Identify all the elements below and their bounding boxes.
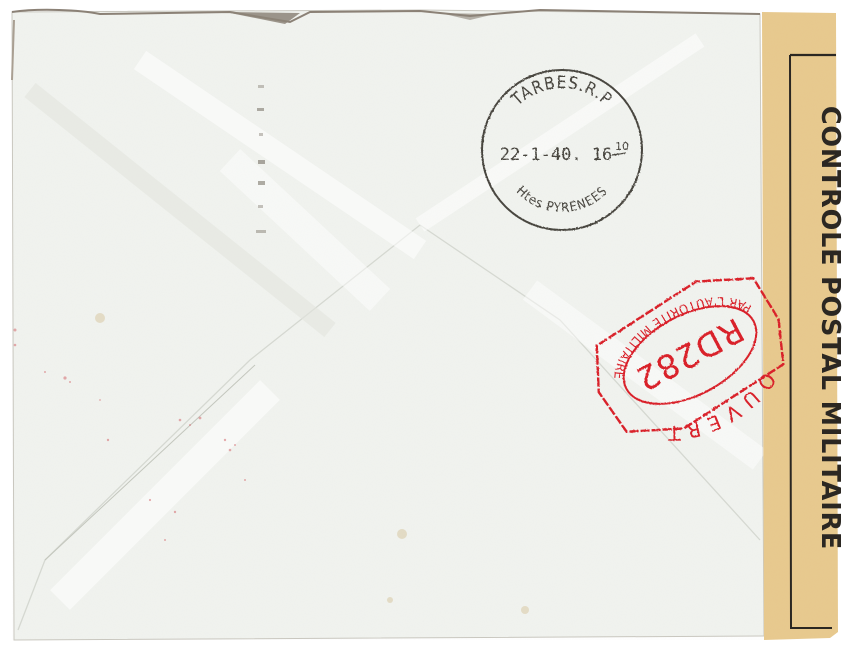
postmark-date: 22-1-40. 16 xyxy=(500,145,613,165)
postmark-time-suffix: 10 xyxy=(615,140,629,153)
envelope-scan: TARBES.R.P 22-1-40. 16 10 Htes PYRENEES … xyxy=(0,0,845,650)
censor-tape-text: CONTROLE POSTAL MILITAIRE xyxy=(815,106,845,550)
censor-tape: CONTROLE POSTAL MILITAIRE xyxy=(762,12,845,640)
envelope-canvas: TARBES.R.P 22-1-40. 16 10 Htes PYRENEES … xyxy=(0,0,845,650)
